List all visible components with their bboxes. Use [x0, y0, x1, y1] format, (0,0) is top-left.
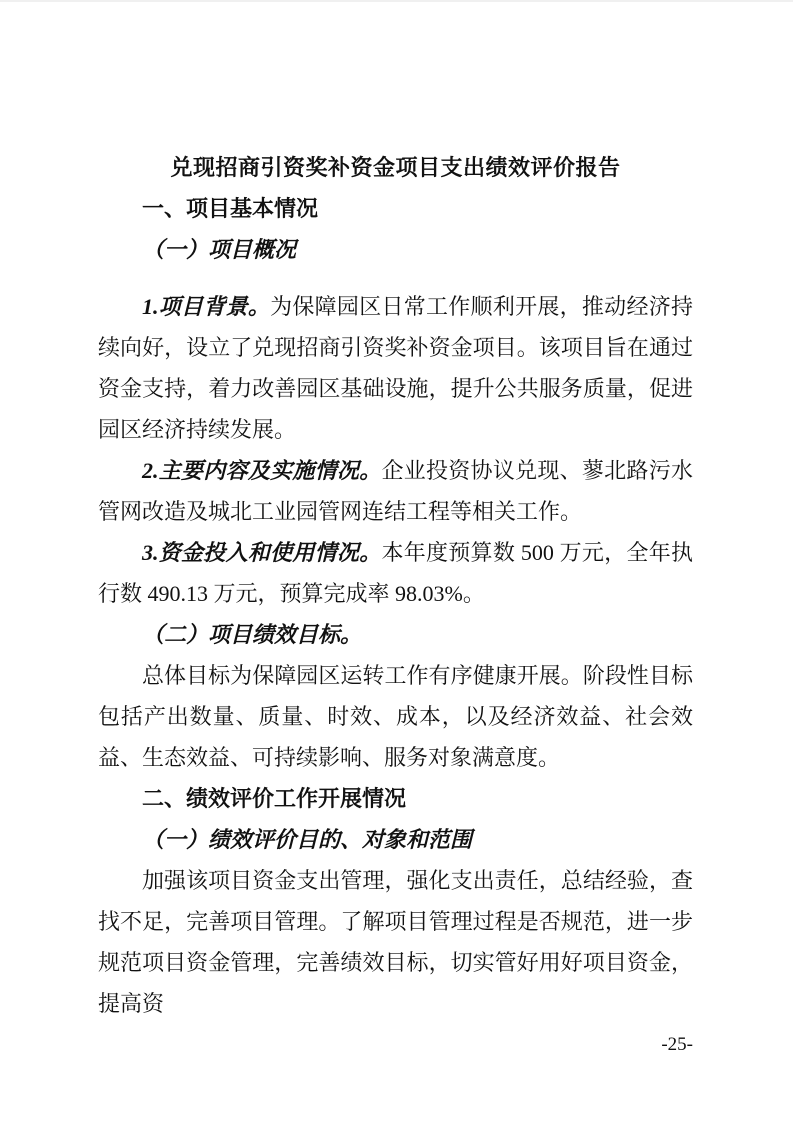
section-1-subheading-1: （一）项目概况	[98, 229, 693, 270]
document-title: 兑现招商引资奖补资金项目支出绩效评价报告	[98, 147, 693, 188]
paragraph-lead-label: 1.项目背景。	[142, 294, 270, 319]
paragraph-evaluation-purpose: 加强该项目资金支出管理，强化支出责任，总结经验，查找不足，完善项目管理。了解项目…	[98, 860, 693, 1024]
document-content: 兑现招商引资奖补资金项目支出绩效评价报告 一、项目基本情况 （一）项目概况 1.…	[0, 2, 793, 1056]
section-1-heading: 一、项目基本情况	[98, 188, 693, 229]
paragraph-project-background: 1.项目背景。为保障园区日常工作顺利开展，推动经济持续向好，设立了兑现招商引资奖…	[98, 286, 693, 450]
paragraph-funding-usage: 3.资金投入和使用情况。本年度预算数 500 万元，全年执行数 490.13 万…	[98, 532, 693, 614]
document-page: 兑现招商引资奖补资金项目支出绩效评价报告 一、项目基本情况 （一）项目概况 1.…	[0, 0, 793, 1122]
paragraph-lead-label: 3.资金投入和使用情况。	[142, 540, 381, 565]
section-1-subheading-2: （二）项目绩效目标。	[98, 614, 693, 655]
paragraph-main-content: 2.主要内容及实施情况。企业投资协议兑现、蓼北路污水管网改造及城北工业园管网连结…	[98, 450, 693, 532]
paragraph-lead-label: 2.主要内容及实施情况。	[142, 458, 381, 483]
paragraph-performance-goals: 总体目标为保障园区运转工作有序健康开展。阶段性目标包括产出数量、质量、时效、成本…	[98, 655, 693, 778]
page-number: -25-	[98, 1034, 693, 1056]
section-2-subheading-1: （一）绩效评价目的、对象和范围	[98, 819, 693, 860]
section-2-heading: 二、绩效评价工作开展情况	[98, 778, 693, 819]
